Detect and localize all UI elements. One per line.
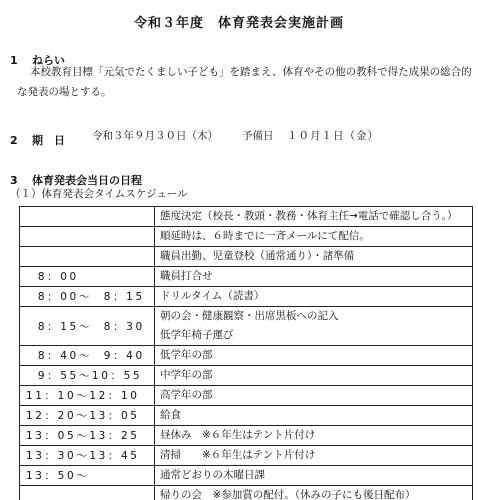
schedule-activity: 態度決定（校長・教頭・教務・体育主任→電話で確認し合う。） (155, 207, 473, 227)
schedule-row: 8：00～ 8：15ドリルタイム（読書） (20, 287, 473, 307)
reserve-date-label: 予備日 (242, 126, 274, 146)
activity-line: 清掃 ※６年生はテント片付け (160, 446, 467, 465)
event-date: 令和３年９月３０日（木） (92, 126, 218, 146)
activity-line: 通常どおりの木曜日課 (160, 466, 467, 485)
schedule-subheading: （１）体育発表会タイムスケジュール (10, 184, 188, 204)
schedule-activity: 清掃 ※６年生はテント片付け (155, 446, 473, 466)
schedule-time: 9：55～10：55 (20, 366, 155, 386)
schedule-row: 8：40～ 9：40低学年の部 (20, 346, 473, 366)
schedule-activity: 帰りの会 ※参加賞の配付。（休みの子にも後日配布） (155, 486, 473, 500)
schedule-time (20, 227, 155, 247)
section-number: 1 (10, 54, 32, 67)
activity-line: ドリルタイム（読書） (160, 287, 467, 306)
schedule-activity: 中学年の部 (155, 366, 473, 386)
schedule-row: 8：00職員打合せ (20, 267, 473, 287)
schedule-activity: 順延時は、６時までに一斉メールにて配信。 (155, 227, 473, 247)
schedule-activity: 高学年の部 (155, 386, 473, 406)
schedule-row: 態度決定（校長・教頭・教務・体育主任→電話で確認し合う。） (20, 207, 473, 227)
activity-line: 帰りの会 ※参加賞の配付。（休みの子にも後日配布） (160, 486, 467, 500)
schedule-activity: 通常どおりの木曜日課 (155, 466, 473, 486)
schedule-row: 13：05～13：25昼休み ※６年生はテント片付け (20, 426, 473, 446)
schedule-table: 態度決定（校長・教頭・教務・体育主任→電話で確認し合う。）順延時は、６時までに一… (19, 206, 473, 500)
activity-line: 低学年の部 (160, 346, 467, 365)
schedule-activity: 昼休み ※６年生はテント片付け (155, 426, 473, 446)
schedule-activity: 給食 (155, 406, 473, 426)
activity-line: 職員出勤、児童登校（通常通り）・諸準備 (160, 247, 467, 266)
schedule-row: 12：20～13：05給食 (20, 406, 473, 426)
document-title: 令和３年度 体育発表会実施計画 (0, 12, 478, 31)
schedule-row: 帰りの会 ※参加賞の配付。（休みの子にも後日配布） (20, 486, 473, 500)
schedule-time: 11：10～12：10 (20, 386, 155, 406)
section-number: 2 (10, 134, 32, 147)
schedule-activity: 朝の会・健康観察・出席黒板への記入低学年椅子運び (155, 307, 473, 346)
schedule-time (20, 486, 155, 500)
schedule-row: 9：55～10：55中学年の部 (20, 366, 473, 386)
activity-line: 低学年椅子運び (160, 326, 467, 345)
schedule-time (20, 207, 155, 227)
section-1-body-line2: な発表の場とする。 (17, 82, 112, 102)
activity-line: 昼休み ※６年生はテント片付け (160, 426, 467, 445)
schedule-time: 13：50～ (20, 466, 155, 486)
section-title: 期 日 (32, 134, 65, 147)
schedule-activity: ドリルタイム（読書） (155, 287, 473, 307)
schedule-activity: 低学年の部 (155, 346, 473, 366)
activity-line: 高学年の部 (160, 386, 467, 405)
activity-line: 職員打合せ (160, 267, 467, 286)
schedule-row: 13：50～通常どおりの木曜日課 (20, 466, 473, 486)
schedule-time: 13：30～13：45 (20, 446, 155, 466)
schedule-time: 8：00 (20, 267, 155, 287)
reserve-date: １０月１日（金） (287, 126, 379, 146)
activity-line: 給食 (160, 406, 467, 425)
schedule-time: 8：15～ 8：30 (20, 307, 155, 346)
activity-line: 朝の会・健康観察・出席黒板への記入 (160, 307, 467, 326)
activity-line: 態度決定（校長・教頭・教務・体育主任→電話で確認し合う。） (160, 207, 467, 226)
schedule-row: 順延時は、６時までに一斉メールにて配信。 (20, 227, 473, 247)
schedule-activity: 職員打合せ (155, 267, 473, 287)
schedule-row: 職員出勤、児童登校（通常通り）・諸準備 (20, 247, 473, 267)
schedule-time: 8：40～ 9：40 (20, 346, 155, 366)
schedule-row: 13：30～13：45清掃 ※６年生はテント片付け (20, 446, 473, 466)
section-2-heading: 2期 日 (10, 132, 65, 148)
schedule-time: 12：20～13：05 (20, 406, 155, 426)
schedule-row: 8：15～ 8：30朝の会・健康観察・出席黒板への記入低学年椅子運び (20, 307, 473, 346)
section-1-body-line1: 本校教育目標「元気でたくましい子ども」を踏まえ、体育やその他の教科で得た成果の総… (30, 62, 472, 82)
schedule-time (20, 247, 155, 267)
activity-line: 順延時は、６時までに一斉メールにて配信。 (160, 227, 467, 246)
activity-line: 中学年の部 (160, 366, 467, 385)
schedule-time: 13：05～13：25 (20, 426, 155, 446)
schedule-activity: 職員出勤、児童登校（通常通り）・諸準備 (155, 247, 473, 267)
schedule-time: 8：00～ 8：15 (20, 287, 155, 307)
schedule-row: 11：10～12：10高学年の部 (20, 386, 473, 406)
